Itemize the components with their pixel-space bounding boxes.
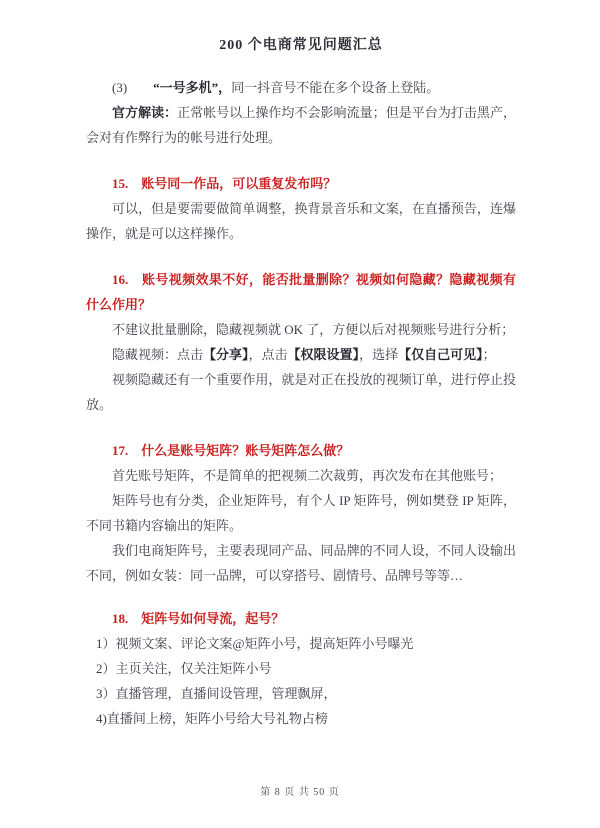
q17-answer-line3: 我们电商矩阵号，主要表现同产品、同品牌的不同人设，不同人设输出不同，例如女装：同… [86, 538, 516, 588]
q15-answer: 可以，但是要需要做简单调整，换背景音乐和文案，在直播预告，连爆操作，就是可以这样… [86, 196, 516, 246]
page-number-footer: 第 8 页 共 50 页 [0, 783, 600, 798]
q16-line2-text2: ，点击 [249, 347, 288, 362]
q17-answer-line2: 矩阵号也有分类，企业矩阵号，有个人 IP 矩阵号，例如樊登 IP 矩阵，不同书籍… [86, 488, 516, 538]
q18-list-item-2: 2）主页关注，仅关注矩阵小号 [86, 656, 516, 681]
official-note-paragraph: 官方解读：正常帐号以上操作均不会影响流量；但是平台为打击黑产，会对有作弊行为的帐… [86, 100, 516, 150]
q16-answer-line3: 视频隐藏还有一个重要作用，就是对正在投放的视频订单，进行停止投放。 [86, 367, 516, 417]
q16-permission-ref: 【权限设置】 [288, 347, 360, 362]
q16-line2-end: ； [483, 347, 496, 362]
q16-private-ref: 【仅自己可见】 [398, 347, 483, 362]
page-title: 200 个电商常见问题汇总 [86, 34, 516, 54]
q16-answer-line2: 隐藏视频：点击【分享】，点击【权限设置】，选择【仅自己可见】； [86, 342, 516, 367]
q16-line2-text: 隐藏视频：点击 [112, 347, 203, 362]
q18-list-item-1: 1）视频文案、评论文案@矩阵小号，提高矩阵小号曝光 [86, 631, 516, 656]
document-body: 200 个电商常见问题汇总 (3) “一号多机”，同一抖音号不能在多个设备上登陆… [86, 0, 516, 731]
official-note-label-text: 官方解读： [112, 105, 177, 120]
document-page: 200 个电商常见问题汇总 (3) “一号多机”，同一抖音号不能在多个设备上登陆… [0, 0, 600, 828]
q16-heading: 16. 账号视频效果不好，能否批量删除？视频如何隐藏？隐藏视频有什么作用？ [86, 267, 516, 317]
item-3-text: 同一抖音号不能在多个设备上登陆。 [231, 80, 439, 95]
q18-list-item-4: 4)直播间上榜，矩阵小号给大号礼物占榜 [86, 706, 516, 731]
item-3-number: (3) [112, 80, 153, 95]
item-3-quoted-term: “一号多机”， [153, 80, 231, 95]
q18-list-item-3: 3）直播管理，直播间设管理，管理飘屏， [86, 681, 516, 706]
q15-heading: 15. 账号同一作品，可以重复发布吗？ [86, 171, 516, 196]
q17-answer-line1: 首先账号矩阵，不是简单的把视频二次裁剪，再次发布在其他账号； [86, 463, 516, 488]
q16-answer-line1: 不建议批量删除，隐藏视频就 OK 了，方便以后对视频账号进行分析； [86, 317, 516, 342]
q16-line2-text3: ，选择 [359, 347, 398, 362]
q17-heading: 17. 什么是账号矩阵？账号矩阵怎么做？ [86, 438, 516, 463]
item-3-paragraph: (3) “一号多机”，同一抖音号不能在多个设备上登陆。 [86, 75, 516, 100]
q16-share-button-ref: 【分享】 [203, 347, 249, 362]
q18-heading: 18. 矩阵号如何导流，起号？ [86, 606, 516, 631]
